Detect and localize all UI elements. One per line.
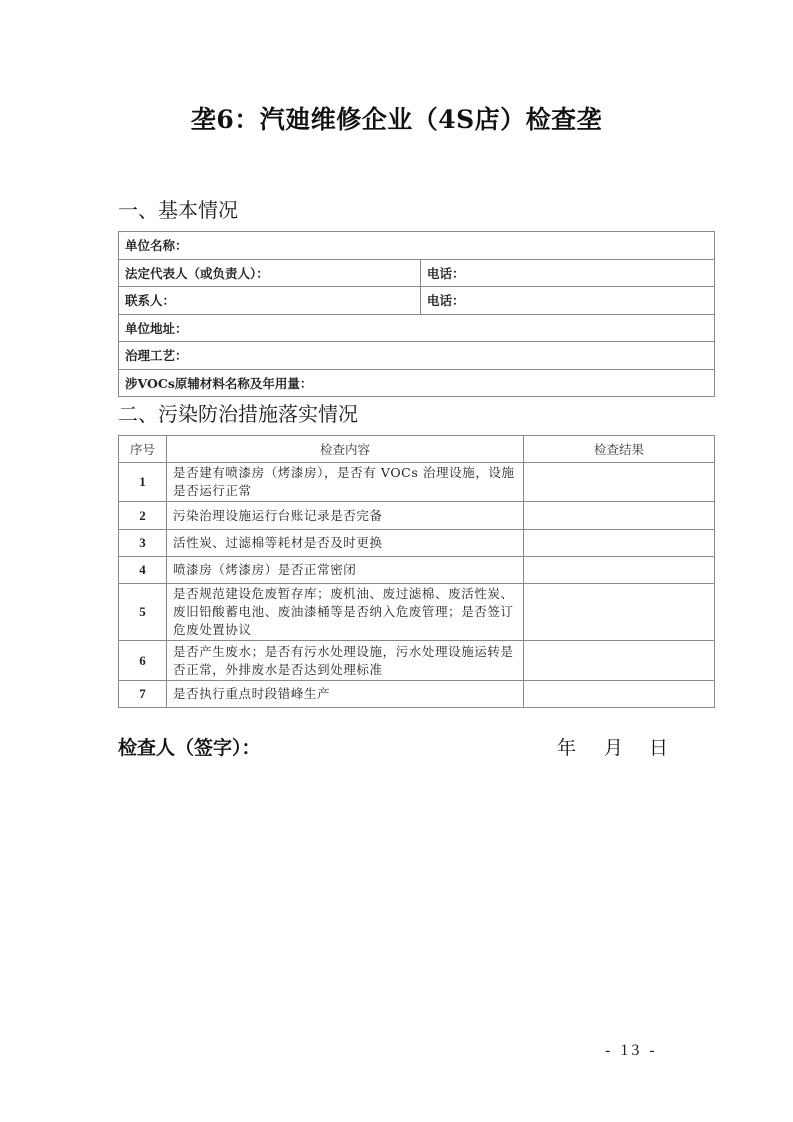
- column-header-result: 检查结果: [524, 436, 715, 463]
- table-row: 7 是否执行重点时段错峰生产: [119, 681, 715, 708]
- table-row: 法定代表人（或负责人）： 电话：: [119, 259, 715, 287]
- table-row: 1 是否建有喷漆房（烤漆房），是否有 VOCs 治理设施，设施是否运行正常: [119, 463, 715, 502]
- section-heading-basic-info: 一、基本情况: [118, 194, 238, 223]
- check-result-cell[interactable]: [524, 641, 715, 681]
- column-header-number: 序号: [119, 436, 167, 463]
- check-content: 污染治理设施运行台账记录是否完备: [167, 502, 524, 530]
- row-number: 5: [119, 584, 167, 641]
- table-row: 单位名称：: [119, 232, 715, 260]
- row-number: 7: [119, 681, 167, 708]
- date-day-label: 日: [649, 733, 668, 760]
- section-heading-pollution-control: 二、污染防治措施落实情况: [118, 398, 358, 427]
- table-row: 涉VOCs原辅材料名称及年用量：: [119, 369, 715, 397]
- row-number: 2: [119, 502, 167, 530]
- column-header-content: 检查内容: [167, 436, 524, 463]
- page-number: - 13 -: [605, 1042, 658, 1060]
- check-content: 是否产生废水；是否有污水处理设施，污水处理设施运转是否正常，外排废水是否达到处理…: [167, 641, 524, 681]
- check-content: 活性炭、过滤棉等耗材是否及时更换: [167, 530, 524, 557]
- legal-representative-phone-field[interactable]: 电话：: [421, 259, 715, 287]
- date-year-label: 年: [557, 733, 576, 760]
- row-number: 6: [119, 641, 167, 681]
- treatment-process-field[interactable]: 治理工艺：: [119, 342, 715, 370]
- check-result-cell[interactable]: [524, 463, 715, 502]
- check-content: 是否建有喷漆房（烤漆房），是否有 VOCs 治理设施，设施是否运行正常: [167, 463, 524, 502]
- row-number: 3: [119, 530, 167, 557]
- check-content: 喷漆房（烤漆房）是否正常密闭: [167, 557, 524, 584]
- document-title: 垄6：汽廸维修企业（4S店）检查垄: [0, 100, 793, 136]
- table-row: 单位地址：: [119, 314, 715, 342]
- check-content: 是否规范建设危废暂存库；废机油、废过滤棉、废活性炭、废旧铅酸蓄电池、废油漆桶等是…: [167, 584, 524, 641]
- table-row: 6 是否产生废水；是否有污水处理设施，污水处理设施运转是否正常，外排废水是否达到…: [119, 641, 715, 681]
- contact-phone-field[interactable]: 电话：: [421, 287, 715, 315]
- check-result-cell[interactable]: [524, 584, 715, 641]
- table-row: 4 喷漆房（烤漆房）是否正常密闭: [119, 557, 715, 584]
- row-number: 4: [119, 557, 167, 584]
- check-result-cell[interactable]: [524, 502, 715, 530]
- date-month-label: 月: [604, 733, 623, 760]
- unit-address-field[interactable]: 单位地址：: [119, 314, 715, 342]
- inspector-signature-label: 检查人（签字）：: [118, 733, 261, 760]
- check-result-cell[interactable]: [524, 681, 715, 708]
- check-content: 是否执行重点时段错峰生产: [167, 681, 524, 708]
- check-result-cell[interactable]: [524, 557, 715, 584]
- inspection-checklist-table: 序号 检查内容 检查结果 1 是否建有喷漆房（烤漆房），是否有 VOCs 治理设…: [118, 435, 715, 708]
- table-row: 3 活性炭、过滤棉等耗材是否及时更换: [119, 530, 715, 557]
- table-row: 联系人： 电话：: [119, 287, 715, 315]
- unit-name-field[interactable]: 单位名称：: [119, 232, 715, 260]
- check-result-cell[interactable]: [524, 530, 715, 557]
- table-row: 治理工艺：: [119, 342, 715, 370]
- voc-materials-field[interactable]: 涉VOCs原辅材料名称及年用量：: [119, 369, 715, 397]
- contact-person-field[interactable]: 联系人：: [119, 287, 421, 315]
- basic-info-table: 单位名称： 法定代表人（或负责人）： 电话： 联系人： 电话： 单位地址： 治理…: [118, 231, 715, 397]
- table-header-row: 序号 检查内容 检查结果: [119, 436, 715, 463]
- row-number: 1: [119, 463, 167, 502]
- legal-representative-field[interactable]: 法定代表人（或负责人）：: [119, 259, 421, 287]
- table-row: 2 污染治理设施运行台账记录是否完备: [119, 502, 715, 530]
- table-row: 5 是否规范建设危废暂存库；废机油、废过滤棉、废活性炭、废旧铅酸蓄电池、废油漆桶…: [119, 584, 715, 641]
